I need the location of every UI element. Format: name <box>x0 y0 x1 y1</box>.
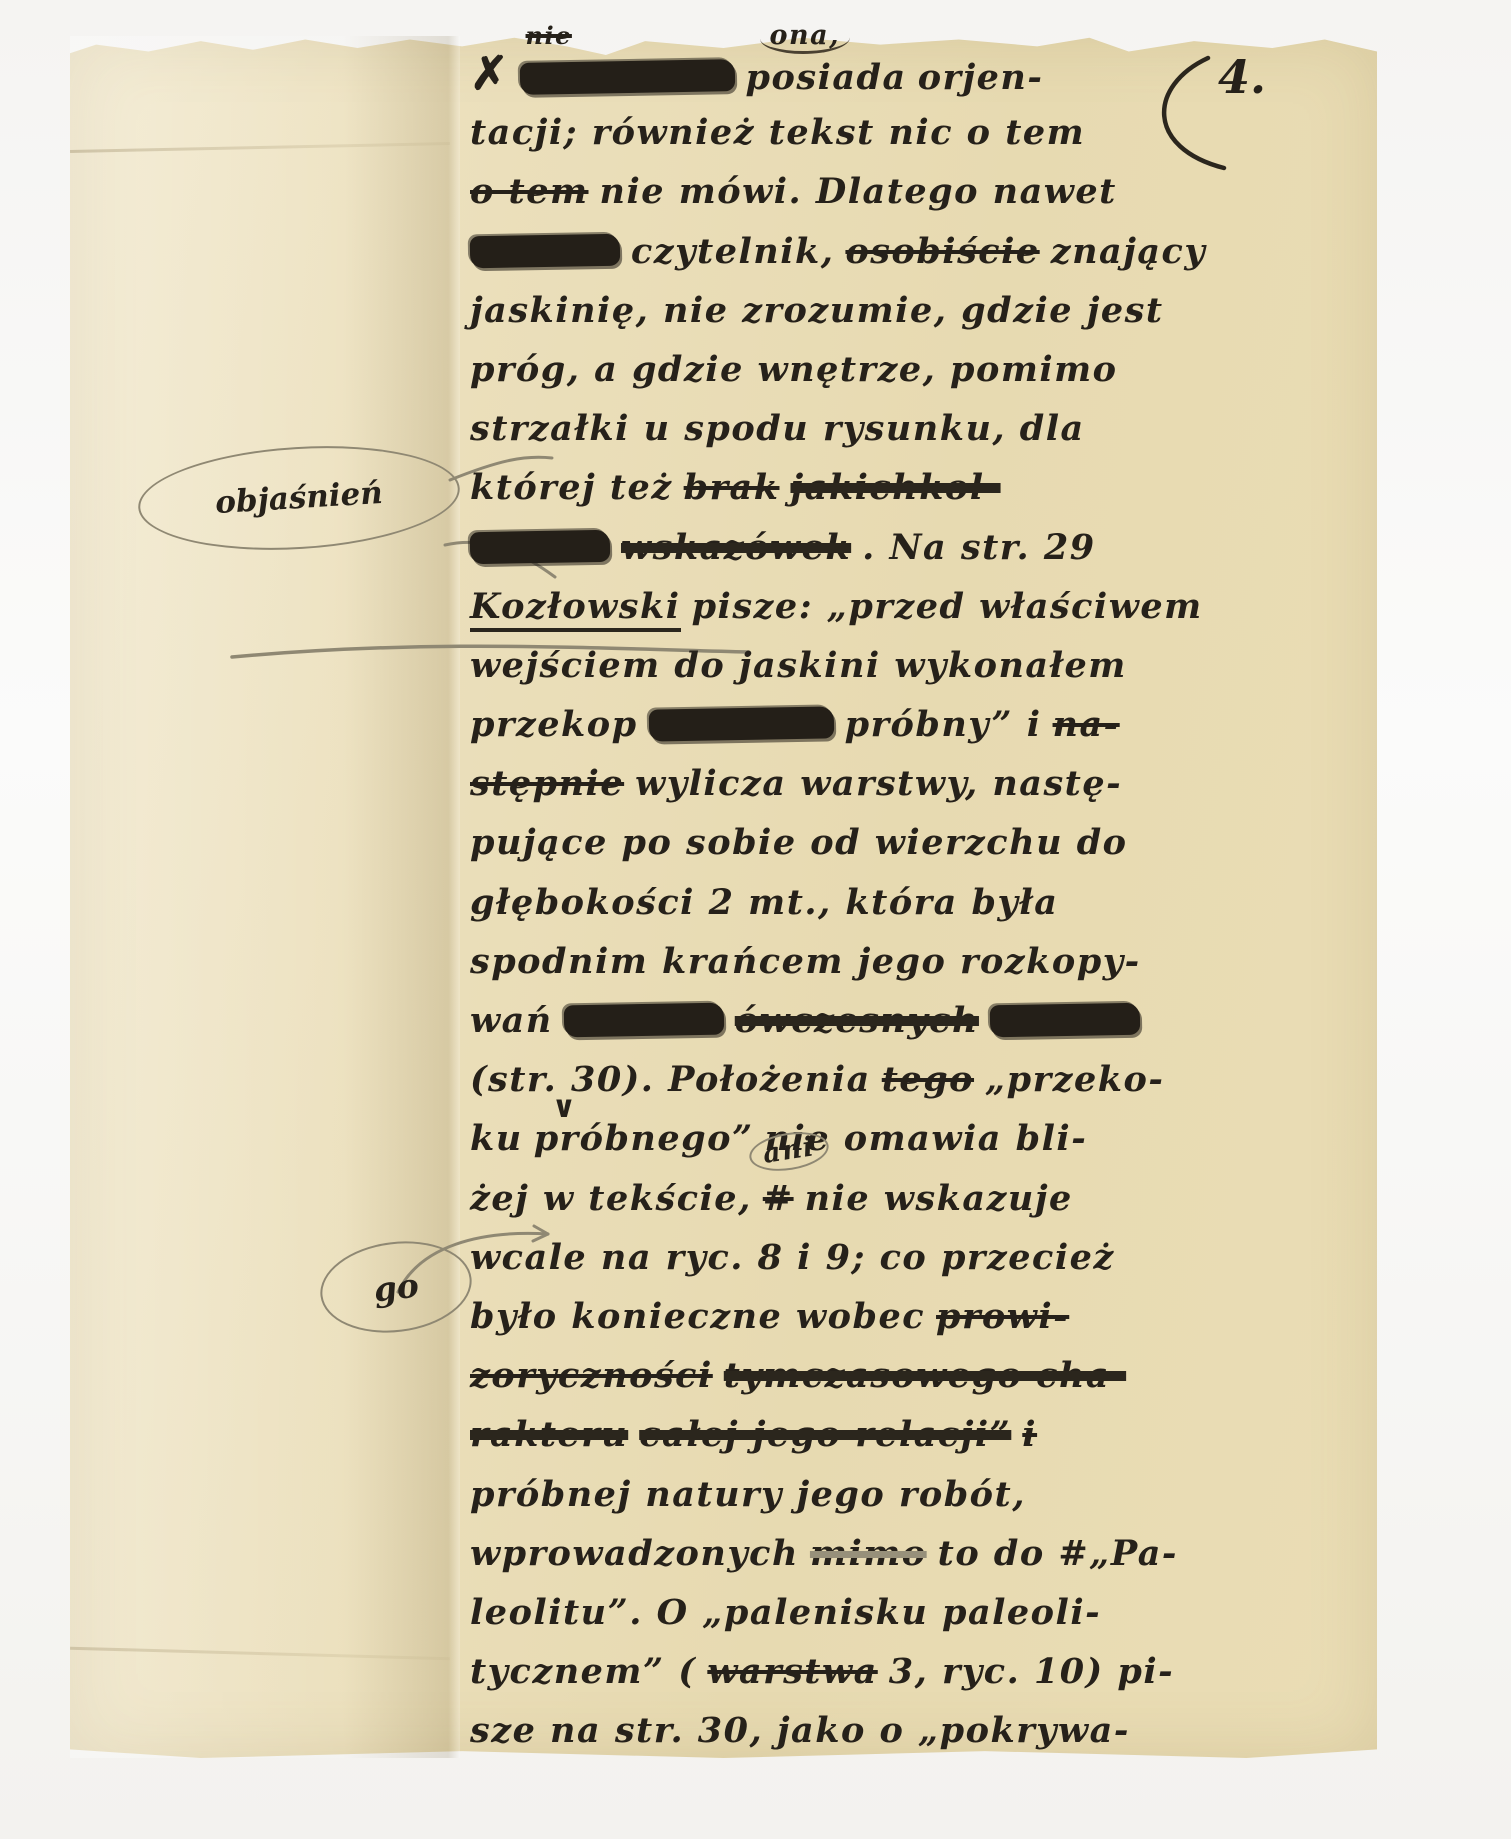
caret-mark: ∨ <box>552 1093 578 1123</box>
handwritten-segment: tycznem” ( <box>470 1651 696 1692</box>
manuscript-line-24: rakterucałej jego relacji”i <box>470 1405 1310 1464</box>
handwritten-segment: było konieczne wobec <box>470 1296 925 1337</box>
manuscript-line-15: głębokości 2 mt., która była <box>470 873 1310 932</box>
manuscript-line-14: pujące po sobie od wierzchu do <box>470 813 1310 872</box>
manuscript-line-21: wcale na ryc. 8 i 9; co przecież <box>470 1228 1310 1287</box>
handwritten-segment: znający <box>1051 231 1207 272</box>
struck-word: osobiście <box>845 231 1039 272</box>
manuscript-line-5: jaskinię, nie zrozumie, gdzie jest <box>470 281 1310 340</box>
ink-scribble <box>563 1003 724 1038</box>
manuscript-line-13: stępniewylicza warstwy, nastę- <box>470 754 1310 813</box>
manuscript-line-8: której teżbrakjakichkol- <box>470 458 1310 517</box>
handwritten-segment: przekop <box>470 704 638 745</box>
handwritten-segment: próbnej natury jego robót, <box>470 1474 1026 1515</box>
scanned-manuscript-page: { "manuscript": { "page_number": "4.", "… <box>0 0 1511 1839</box>
segment-with-insertion: posiadaona, <box>746 48 918 107</box>
handwritten-segment: głębokości 2 mt., która była <box>470 882 1058 923</box>
handwritten-segment: żej w tekście, <box>470 1178 752 1219</box>
segment-with-insertion: #ani <box>763 1169 805 1228</box>
handwritten-segment: pujące po sobie od wierzchu do <box>470 822 1128 863</box>
handwritten-segment: ku <box>470 1118 523 1159</box>
handwritten-segment: nie wskazuje <box>805 1178 1073 1219</box>
manuscript-line-6: próg, a gdzie wnętrze, pomimo <box>470 340 1310 399</box>
handwritten-segment: nie mówi. Dlatego nawet <box>600 171 1117 212</box>
handwritten-segment: próbny” i <box>845 704 1042 745</box>
handwritten-segment: 3, ryc. 10) pi- <box>889 1651 1174 1692</box>
struck-word: brak <box>684 467 780 508</box>
manuscript-line-18: (str. 30). Położeniatego„przeko- <box>470 1050 1310 1109</box>
handwritten-segment: której też <box>470 467 673 508</box>
page-number: 4. <box>1218 50 1266 104</box>
manuscript-line-26: wprowadzonychmimoto do #„Pa- <box>470 1524 1310 1583</box>
handwritten-segment: „przeko- <box>985 1059 1164 1100</box>
segment-with-insertion: nie <box>520 48 746 107</box>
handwritten-segment: . Na str. 29 <box>862 527 1095 568</box>
struck-word: rakteru <box>470 1414 628 1455</box>
struck-word: o tem <box>470 171 589 212</box>
manuscript-line-29: sze na str. 30, jako o „pokrywa- <box>470 1701 1310 1760</box>
manuscript-line-20: żej w tekście,#aninie wskazuje <box>470 1169 1310 1228</box>
manuscript-line-7: strzałki u spodu rysunku, dla <box>470 399 1310 458</box>
ink-scribble <box>470 529 611 563</box>
handwritten-segment: wejściem do jaskini wykonałem <box>470 645 1127 686</box>
handwritten-segment: wcale na ryc. 8 i 9; co przecież <box>470 1237 1115 1278</box>
handwritten-segment: strzałki u spodu rysunku, dla <box>470 408 1085 449</box>
manuscript-line-1: ✗nieposiadaona,orjen- <box>470 44 1310 103</box>
handwritten-segment: wylicza warstwy, nastę- <box>635 763 1122 804</box>
manuscript-line-9: wskazówek. Na str. 29 <box>470 518 1310 577</box>
handwritten-segment: czytelnik, <box>631 231 834 272</box>
manuscript-line-12: przekoppróbny” ina- <box>470 695 1310 754</box>
struck-word: zoryczności <box>470 1355 713 1396</box>
interlinear-insertion: ona, <box>760 22 851 54</box>
struck-word: i <box>1022 1414 1037 1455</box>
ink-scribble <box>648 706 834 741</box>
handwritten-text: ✗nieposiadaona,orjen-tacji; również teks… <box>470 44 1310 1760</box>
handwritten-segment: jaskinię, nie zrozumie, gdzie jest <box>470 290 1164 331</box>
manuscript-line-2: tacji; również tekst nic o tem <box>470 103 1310 162</box>
margin-note-objasnien-label: objaśnień <box>214 475 384 521</box>
struck-word: jakichkol- <box>790 467 1000 508</box>
underlined-word: Kozłowski <box>470 586 681 632</box>
deletion-x-mark: ✗ <box>470 46 509 100</box>
handwritten-segment: (str. 30). Położenia <box>470 1059 871 1100</box>
manuscript-line-10: Kozłowskipisze: „przed właściwem <box>470 577 1310 636</box>
struck-word: na- <box>1053 704 1120 745</box>
handwritten-segment: leolitu”. O „palenisku paleoli- <box>470 1592 1101 1633</box>
manuscript-line-11: wejściem do jaskini wykonałem <box>470 636 1310 695</box>
handwritten-segment: spodnim krańcem jego rozkopy- <box>470 941 1141 982</box>
manuscript-line-22: było konieczne wobecprowi- <box>470 1287 1310 1346</box>
struck-word: całej jego relacji” <box>639 1414 1011 1455</box>
manuscript-line-3: o temnie mówi. Dlatego nawet <box>470 162 1310 221</box>
struck-word: ówczesnych <box>735 1000 979 1041</box>
manuscript-line-25: próbnej natury jego robót, <box>470 1465 1310 1524</box>
ink-scribble <box>519 59 735 95</box>
ink-scribble <box>990 1003 1141 1038</box>
handwritten-segment: posiada <box>746 57 907 98</box>
struck-word: tymczasowego cha- <box>724 1355 1126 1396</box>
handwritten-segment: wań <box>470 1000 553 1041</box>
struck-word: wskazówek <box>621 527 851 568</box>
struck-word: mimo <box>810 1533 927 1574</box>
margin-note-go-label: go <box>371 1265 421 1309</box>
manuscript-line-27: leolitu”. O „palenisku paleoli- <box>470 1583 1310 1642</box>
handwritten-segment: próg, a gdzie wnętrze, pomimo <box>470 349 1118 390</box>
struck-word: # <box>763 1178 794 1219</box>
handwritten-segment: pisze: „przed właściwem <box>692 586 1203 627</box>
struck-word: warstwa <box>707 1651 877 1692</box>
interlinear-insertion: nie <box>526 24 572 48</box>
handwritten-segment: wprowadzonych <box>470 1533 799 1574</box>
manuscript-line-23: zorycznościtymczasowego cha- <box>470 1346 1310 1405</box>
struck-word: tego <box>882 1059 974 1100</box>
ink-scribble <box>470 233 621 268</box>
handwritten-segment: tacji; również tekst nic o tem <box>470 112 1085 153</box>
manuscript-line-28: tycznem” (warstwa3, ryc. 10) pi- <box>470 1642 1310 1701</box>
manuscript-line-16: spodnim krańcem jego rozkopy- <box>470 932 1310 991</box>
struck-word: prowi- <box>936 1296 1069 1337</box>
struck-word: stępnie <box>470 763 624 804</box>
manuscript-line-19: kupróbnego”∨nie omawia bli- <box>470 1109 1310 1168</box>
handwritten-segment: sze na str. 30, jako o „pokrywa- <box>470 1710 1130 1751</box>
segment-with-insertion: próbnego”∨ <box>534 1109 765 1168</box>
handwritten-segment: to do #„Pa- <box>938 1533 1178 1574</box>
manuscript-line-17: wańówczesnych <box>470 991 1310 1050</box>
handwritten-segment: orjen- <box>918 57 1044 98</box>
manuscript-line-4: czytelnik,osobiścieznający <box>470 222 1310 281</box>
